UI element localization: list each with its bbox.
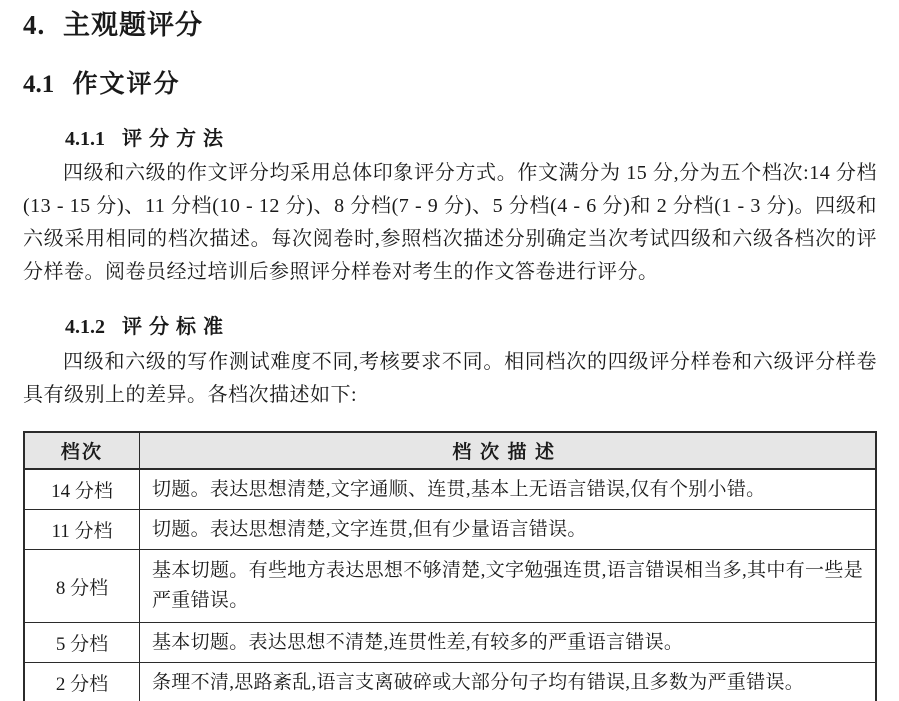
table-row: 11 分档 切题。表达思想清楚,文字连贯,但有少量语言错误。 bbox=[24, 510, 876, 550]
criteria-heading-title: 评分标准 bbox=[122, 316, 230, 338]
table-header-level: 档次 bbox=[24, 432, 140, 469]
criteria-heading: 4.1.2 评分标准 bbox=[65, 314, 877, 340]
table-row: 2 分档 条理不清,思路紊乱,语言支离破碎或大部分句子均有错误,且多数为严重错误… bbox=[24, 663, 876, 701]
table-row: 8 分档 基本切题。有些地方表达思想不够清楚,文字勉强连贯,语言错误相当多,其中… bbox=[24, 550, 876, 623]
method-heading-number: 4.1.1 bbox=[65, 128, 105, 150]
criteria-paragraph: 四级和六级的写作测试难度不同,考核要求不同。相同档次的四级评分样卷和六级评分样卷… bbox=[23, 346, 877, 412]
subsection-number: 4.1 bbox=[23, 71, 54, 98]
grade-description: 基本切题。有些地方表达思想不够清楚,文字勉强连贯,语言错误相当多,其中有一些是严… bbox=[140, 550, 877, 623]
method-paragraph: 四级和六级的作文评分均采用总体印象评分方式。作文满分为 15 分,分为五个档次:… bbox=[23, 157, 877, 289]
grade-description: 切题。表达思想清楚,文字通顺、连贯,基本上无语言错误,仅有个别小错。 bbox=[140, 469, 877, 510]
grade-level: 2 分档 bbox=[24, 663, 140, 701]
method-heading-title: 评分方法 bbox=[122, 128, 230, 150]
grade-level: 8 分档 bbox=[24, 550, 140, 623]
table-row: 5 分档 基本切题。表达思想不清楚,连贯性差,有较多的严重语言错误。 bbox=[24, 623, 876, 663]
section-heading: 4. 主观题评分 bbox=[23, 8, 877, 42]
grade-level: 5 分档 bbox=[24, 623, 140, 663]
section-number: 4. bbox=[23, 10, 45, 40]
grade-description: 基本切题。表达思想不清楚,连贯性差,有较多的严重语言错误。 bbox=[140, 623, 877, 663]
grade-description-table: 档次 档次描述 14 分档 切题。表达思想清楚,文字通顺、连贯,基本上无语言错误… bbox=[23, 431, 877, 701]
criteria-heading-number: 4.1.2 bbox=[65, 316, 105, 338]
section-title: 主观题评分 bbox=[63, 10, 203, 40]
document-page: 4. 主观题评分 4.1 作文评分 4.1.1 评分方法 四级和六级的作文评分均… bbox=[0, 0, 899, 701]
grade-level: 11 分档 bbox=[24, 510, 140, 550]
table-row: 14 分档 切题。表达思想清楚,文字通顺、连贯,基本上无语言错误,仅有个别小错。 bbox=[24, 469, 876, 510]
grade-level: 14 分档 bbox=[24, 469, 140, 510]
grade-description: 切题。表达思想清楚,文字连贯,但有少量语言错误。 bbox=[140, 510, 877, 550]
grade-description: 条理不清,思路紊乱,语言支离破碎或大部分句子均有错误,且多数为严重错误。 bbox=[140, 663, 877, 701]
table-header: 档次 档次描述 bbox=[24, 432, 876, 469]
table-header-row: 档次 档次描述 bbox=[24, 432, 876, 469]
subsection-title: 作文评分 bbox=[73, 70, 181, 98]
table-header-description: 档次描述 bbox=[140, 432, 877, 469]
subsection-heading: 4.1 作文评分 bbox=[23, 68, 877, 101]
method-heading: 4.1.1 评分方法 bbox=[65, 126, 877, 152]
